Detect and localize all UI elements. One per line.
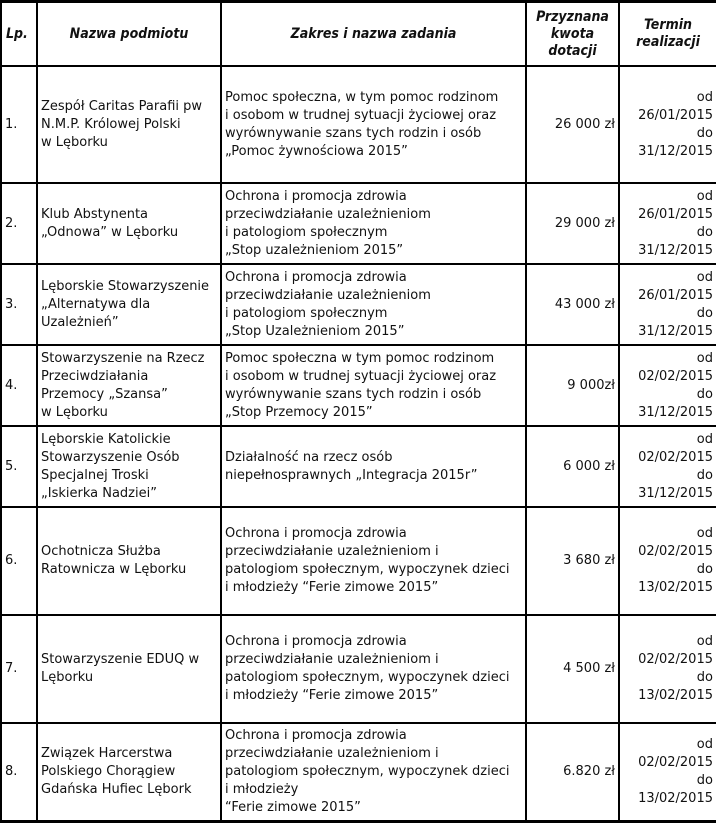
entity-name: Stowarzyszenie na Rzecz Przeciwdziałania… xyxy=(37,345,221,426)
grants-table: Lp. Nazwa podmiotu Zakres i nazwa zadani… xyxy=(0,0,716,823)
header-term: Termin realizacji xyxy=(619,2,716,67)
term-from-label: od xyxy=(623,350,713,368)
term-to-date: 31/12/2015 xyxy=(623,242,713,260)
table-row: 6. Ochotnicza Służba Ratownicza w Lębork… xyxy=(1,507,716,615)
term-to-label: do xyxy=(623,669,713,687)
task-description: Działalność na rzecz osób niepełnosprawn… xyxy=(221,426,526,507)
term-to-label: do xyxy=(623,305,713,323)
term-to-date: 31/12/2015 xyxy=(623,143,713,161)
row-number: 4. xyxy=(1,345,37,426)
row-number: 1. xyxy=(1,66,37,183)
row-number: 6. xyxy=(1,507,37,615)
term-to-date: 31/12/2015 xyxy=(623,404,713,422)
entity-name: Klub Abstynenta „Odnowa” w Lęborku xyxy=(37,183,221,264)
term-to-label: do xyxy=(623,467,713,485)
term-from-date: 02/02/2015 xyxy=(623,754,713,772)
task-description: Ochrona i promocja zdrowia przeciwdziała… xyxy=(221,507,526,615)
term-to-date: 13/02/2015 xyxy=(623,687,713,705)
grant-amount: 6 000 zł xyxy=(526,426,619,507)
grant-amount: 26 000 zł xyxy=(526,66,619,183)
header-lp: Lp. xyxy=(1,2,37,67)
task-description: Ochrona i promocja zdrowia przeciwdziała… xyxy=(221,723,526,822)
term-from-label: od xyxy=(623,431,713,449)
entity-name: Lęborskie Stowarzyszenie „Alternatywa dl… xyxy=(37,264,221,345)
grant-amount: 4 500 zł xyxy=(526,615,619,723)
table-row: 3. Lęborskie Stowarzyszenie „Alternatywa… xyxy=(1,264,716,345)
term-from-label: od xyxy=(623,525,713,543)
task-description: Pomoc społeczna w tym pomoc rodzinom i o… xyxy=(221,345,526,426)
term-period: od 02/02/2015 do 13/02/2015 xyxy=(619,723,716,822)
term-from-date: 26/01/2015 xyxy=(623,206,713,224)
term-from-label: od xyxy=(623,269,713,287)
term-to-label: do xyxy=(623,561,713,579)
term-period: od 26/01/2015 do 31/12/2015 xyxy=(619,66,716,183)
term-period: od 26/01/2015 do 31/12/2015 xyxy=(619,183,716,264)
table-row: 5. Lęborskie Katolickie Stowarzyszenie O… xyxy=(1,426,716,507)
term-to-date: 31/12/2015 xyxy=(623,485,713,503)
table-row: 4. Stowarzyszenie na Rzecz Przeciwdziała… xyxy=(1,345,716,426)
term-to-label: do xyxy=(623,125,713,143)
table-row: 2. Klub Abstynenta „Odnowa” w Lęborku Oc… xyxy=(1,183,716,264)
task-description: Ochrona i promocja zdrowia przeciwdziała… xyxy=(221,264,526,345)
entity-name: Ochotnicza Służba Ratownicza w Lęborku xyxy=(37,507,221,615)
row-number: 2. xyxy=(1,183,37,264)
term-from-date: 02/02/2015 xyxy=(623,543,713,561)
term-to-date: 31/12/2015 xyxy=(623,323,713,341)
row-number: 8. xyxy=(1,723,37,822)
term-from-label: od xyxy=(623,89,713,107)
term-period: od 02/02/2015 do 13/02/2015 xyxy=(619,615,716,723)
header-name: Nazwa podmiotu xyxy=(37,2,221,67)
row-number: 5. xyxy=(1,426,37,507)
term-from-label: od xyxy=(623,736,713,754)
entity-name: Stowarzyszenie EDUQ w Lęborku xyxy=(37,615,221,723)
entity-name: Lęborskie Katolickie Stowarzyszenie Osób… xyxy=(37,426,221,507)
table-row: 1. Zespół Caritas Parafii pw N.M.P. Król… xyxy=(1,66,716,183)
header-task: Zakres i nazwa zadania xyxy=(221,2,526,67)
term-to-label: do xyxy=(623,386,713,404)
header-row: Lp. Nazwa podmiotu Zakres i nazwa zadani… xyxy=(1,2,716,67)
entity-name: Związek Harcerstwa Polskiego Chorągiew G… xyxy=(37,723,221,822)
grant-amount: 9 000zł xyxy=(526,345,619,426)
task-description: Pomoc społeczna, w tym pomoc rodzinom i … xyxy=(221,66,526,183)
term-from-date: 02/02/2015 xyxy=(623,449,713,467)
term-from-date: 26/01/2015 xyxy=(623,107,713,125)
row-number: 7. xyxy=(1,615,37,723)
term-to-label: do xyxy=(623,224,713,242)
term-period: od 02/02/2015 do 31/12/2015 xyxy=(619,345,716,426)
entity-name: Zespół Caritas Parafii pw N.M.P. Królowe… xyxy=(37,66,221,183)
term-period: od 26/01/2015 do 31/12/2015 xyxy=(619,264,716,345)
header-amount: Przyznana kwota dotacji xyxy=(526,2,619,67)
grant-amount: 29 000 zł xyxy=(526,183,619,264)
term-from-label: od xyxy=(623,188,713,206)
term-from-date: 02/02/2015 xyxy=(623,651,713,669)
term-to-date: 13/02/2015 xyxy=(623,579,713,597)
grant-amount: 3 680 zł xyxy=(526,507,619,615)
task-description: Ochrona i promocja zdrowia przeciwdziała… xyxy=(221,615,526,723)
term-from-date: 02/02/2015 xyxy=(623,368,713,386)
term-from-label: od xyxy=(623,633,713,651)
term-from-date: 26/01/2015 xyxy=(623,287,713,305)
task-description: Ochrona i promocja zdrowia przeciwdziała… xyxy=(221,183,526,264)
term-to-date: 13/02/2015 xyxy=(623,790,713,808)
table-row: 7. Stowarzyszenie EDUQ w Lęborku Ochrona… xyxy=(1,615,716,723)
grant-amount: 6.820 zł xyxy=(526,723,619,822)
grant-amount: 43 000 zł xyxy=(526,264,619,345)
row-number: 3. xyxy=(1,264,37,345)
term-to-label: do xyxy=(623,772,713,790)
term-period: od 02/02/2015 do 31/12/2015 xyxy=(619,426,716,507)
table-row: 8. Związek Harcerstwa Polskiego Chorągie… xyxy=(1,723,716,822)
term-period: od 02/02/2015 do 13/02/2015 xyxy=(619,507,716,615)
